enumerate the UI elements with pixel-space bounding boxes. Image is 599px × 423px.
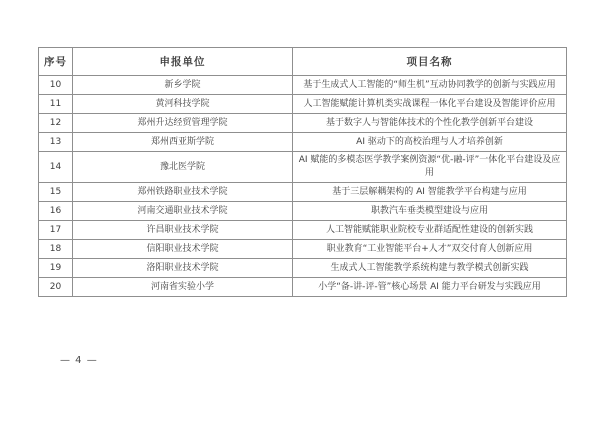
row-number-cell: 16 — [39, 202, 73, 221]
project-cell: 基于数字人与智能体技术的个性化教学创新平台建设 — [293, 114, 567, 133]
page-number: — 4 — — [60, 355, 98, 366]
project-cell: 人工智能赋能职业院校专业群适配性建设的创新实践 — [293, 221, 567, 240]
row-number-cell: 13 — [39, 133, 73, 152]
unit-cell: 新乡学院 — [73, 76, 293, 95]
table-row: 18 信阳职业技术学院 职业教育“工业智能平台+人才”双交付育人创新应用 — [39, 240, 567, 259]
table-body: 10 新乡学院 基于生成式人工智能的“师生机”互动协同教学的创新与实践应用 11… — [39, 76, 567, 297]
col-header-number: 序号 — [39, 48, 73, 76]
col-header-unit: 申报单位 — [73, 48, 293, 76]
project-cell: 职教汽车垂类模型建设与应用 — [293, 202, 567, 221]
col-header-project: 项目名称 — [293, 48, 567, 76]
unit-cell: 郑州铁路职业技术学院 — [73, 183, 293, 202]
projects-table: 序号 申报单位 项目名称 10 新乡学院 基于生成式人工智能的“师生机”互动协同… — [38, 47, 567, 297]
project-cell: 基于生成式人工智能的“师生机”互动协同教学的创新与实践应用 — [293, 76, 567, 95]
unit-cell: 郑州西亚斯学院 — [73, 133, 293, 152]
table-row: 12 郑州升达经贸管理学院 基于数字人与智能体技术的个性化教学创新平台建设 — [39, 114, 567, 133]
unit-cell: 河南交通职业技术学院 — [73, 202, 293, 221]
document-page: 序号 申报单位 项目名称 10 新乡学院 基于生成式人工智能的“师生机”互动协同… — [0, 0, 599, 423]
table-row: 10 新乡学院 基于生成式人工智能的“师生机”互动协同教学的创新与实践应用 — [39, 76, 567, 95]
table-row: 15 郑州铁路职业技术学院 基于三层解耦架构的 AI 智能教学平台构建与应用 — [39, 183, 567, 202]
unit-cell: 许昌职业技术学院 — [73, 221, 293, 240]
project-cell: 人工智能赋能计算机类实战课程一体化平台建设及智能评价应用 — [293, 95, 567, 114]
row-number-cell: 14 — [39, 152, 73, 183]
table-row: 20 河南省实验小学 小学“备-讲-评-管”核心场景 AI 能力平台研发与实践应… — [39, 278, 567, 297]
row-number-cell: 18 — [39, 240, 73, 259]
project-cell: 职业教育“工业智能平台+人才”双交付育人创新应用 — [293, 240, 567, 259]
table-row: 14 豫北医学院 AI 赋能的多模态医学教学案例资源“优-融-评”一体化平台建设… — [39, 152, 567, 183]
table-row: 17 许昌职业技术学院 人工智能赋能职业院校专业群适配性建设的创新实践 — [39, 221, 567, 240]
table-row: 16 河南交通职业技术学院 职教汽车垂类模型建设与应用 — [39, 202, 567, 221]
unit-cell: 洛阳职业技术学院 — [73, 259, 293, 278]
header-row: 序号 申报单位 项目名称 — [39, 48, 567, 76]
row-number-cell: 11 — [39, 95, 73, 114]
row-number-cell: 20 — [39, 278, 73, 297]
table-row: 13 郑州西亚斯学院 AI 驱动下的高校治理与人才培养创新 — [39, 133, 567, 152]
row-number-cell: 10 — [39, 76, 73, 95]
project-cell: AI 驱动下的高校治理与人才培养创新 — [293, 133, 567, 152]
unit-cell: 黄河科技学院 — [73, 95, 293, 114]
row-number-cell: 19 — [39, 259, 73, 278]
unit-cell: 郑州升达经贸管理学院 — [73, 114, 293, 133]
row-number-cell: 12 — [39, 114, 73, 133]
row-number-cell: 17 — [39, 221, 73, 240]
row-number-cell: 15 — [39, 183, 73, 202]
table-row: 11 黄河科技学院 人工智能赋能计算机类实战课程一体化平台建设及智能评价应用 — [39, 95, 567, 114]
unit-cell: 豫北医学院 — [73, 152, 293, 183]
table-row: 19 洛阳职业技术学院 生成式人工智能教学系统构建与教学模式创新实践 — [39, 259, 567, 278]
unit-cell: 信阳职业技术学院 — [73, 240, 293, 259]
project-cell: AI 赋能的多模态医学教学案例资源“优-融-评”一体化平台建设及应用 — [293, 152, 567, 183]
project-cell: 基于三层解耦架构的 AI 智能教学平台构建与应用 — [293, 183, 567, 202]
project-cell: 小学“备-讲-评-管”核心场景 AI 能力平台研发与实践应用 — [293, 278, 567, 297]
unit-cell: 河南省实验小学 — [73, 278, 293, 297]
project-cell: 生成式人工智能教学系统构建与教学模式创新实践 — [293, 259, 567, 278]
table-header: 序号 申报单位 项目名称 — [39, 48, 567, 76]
